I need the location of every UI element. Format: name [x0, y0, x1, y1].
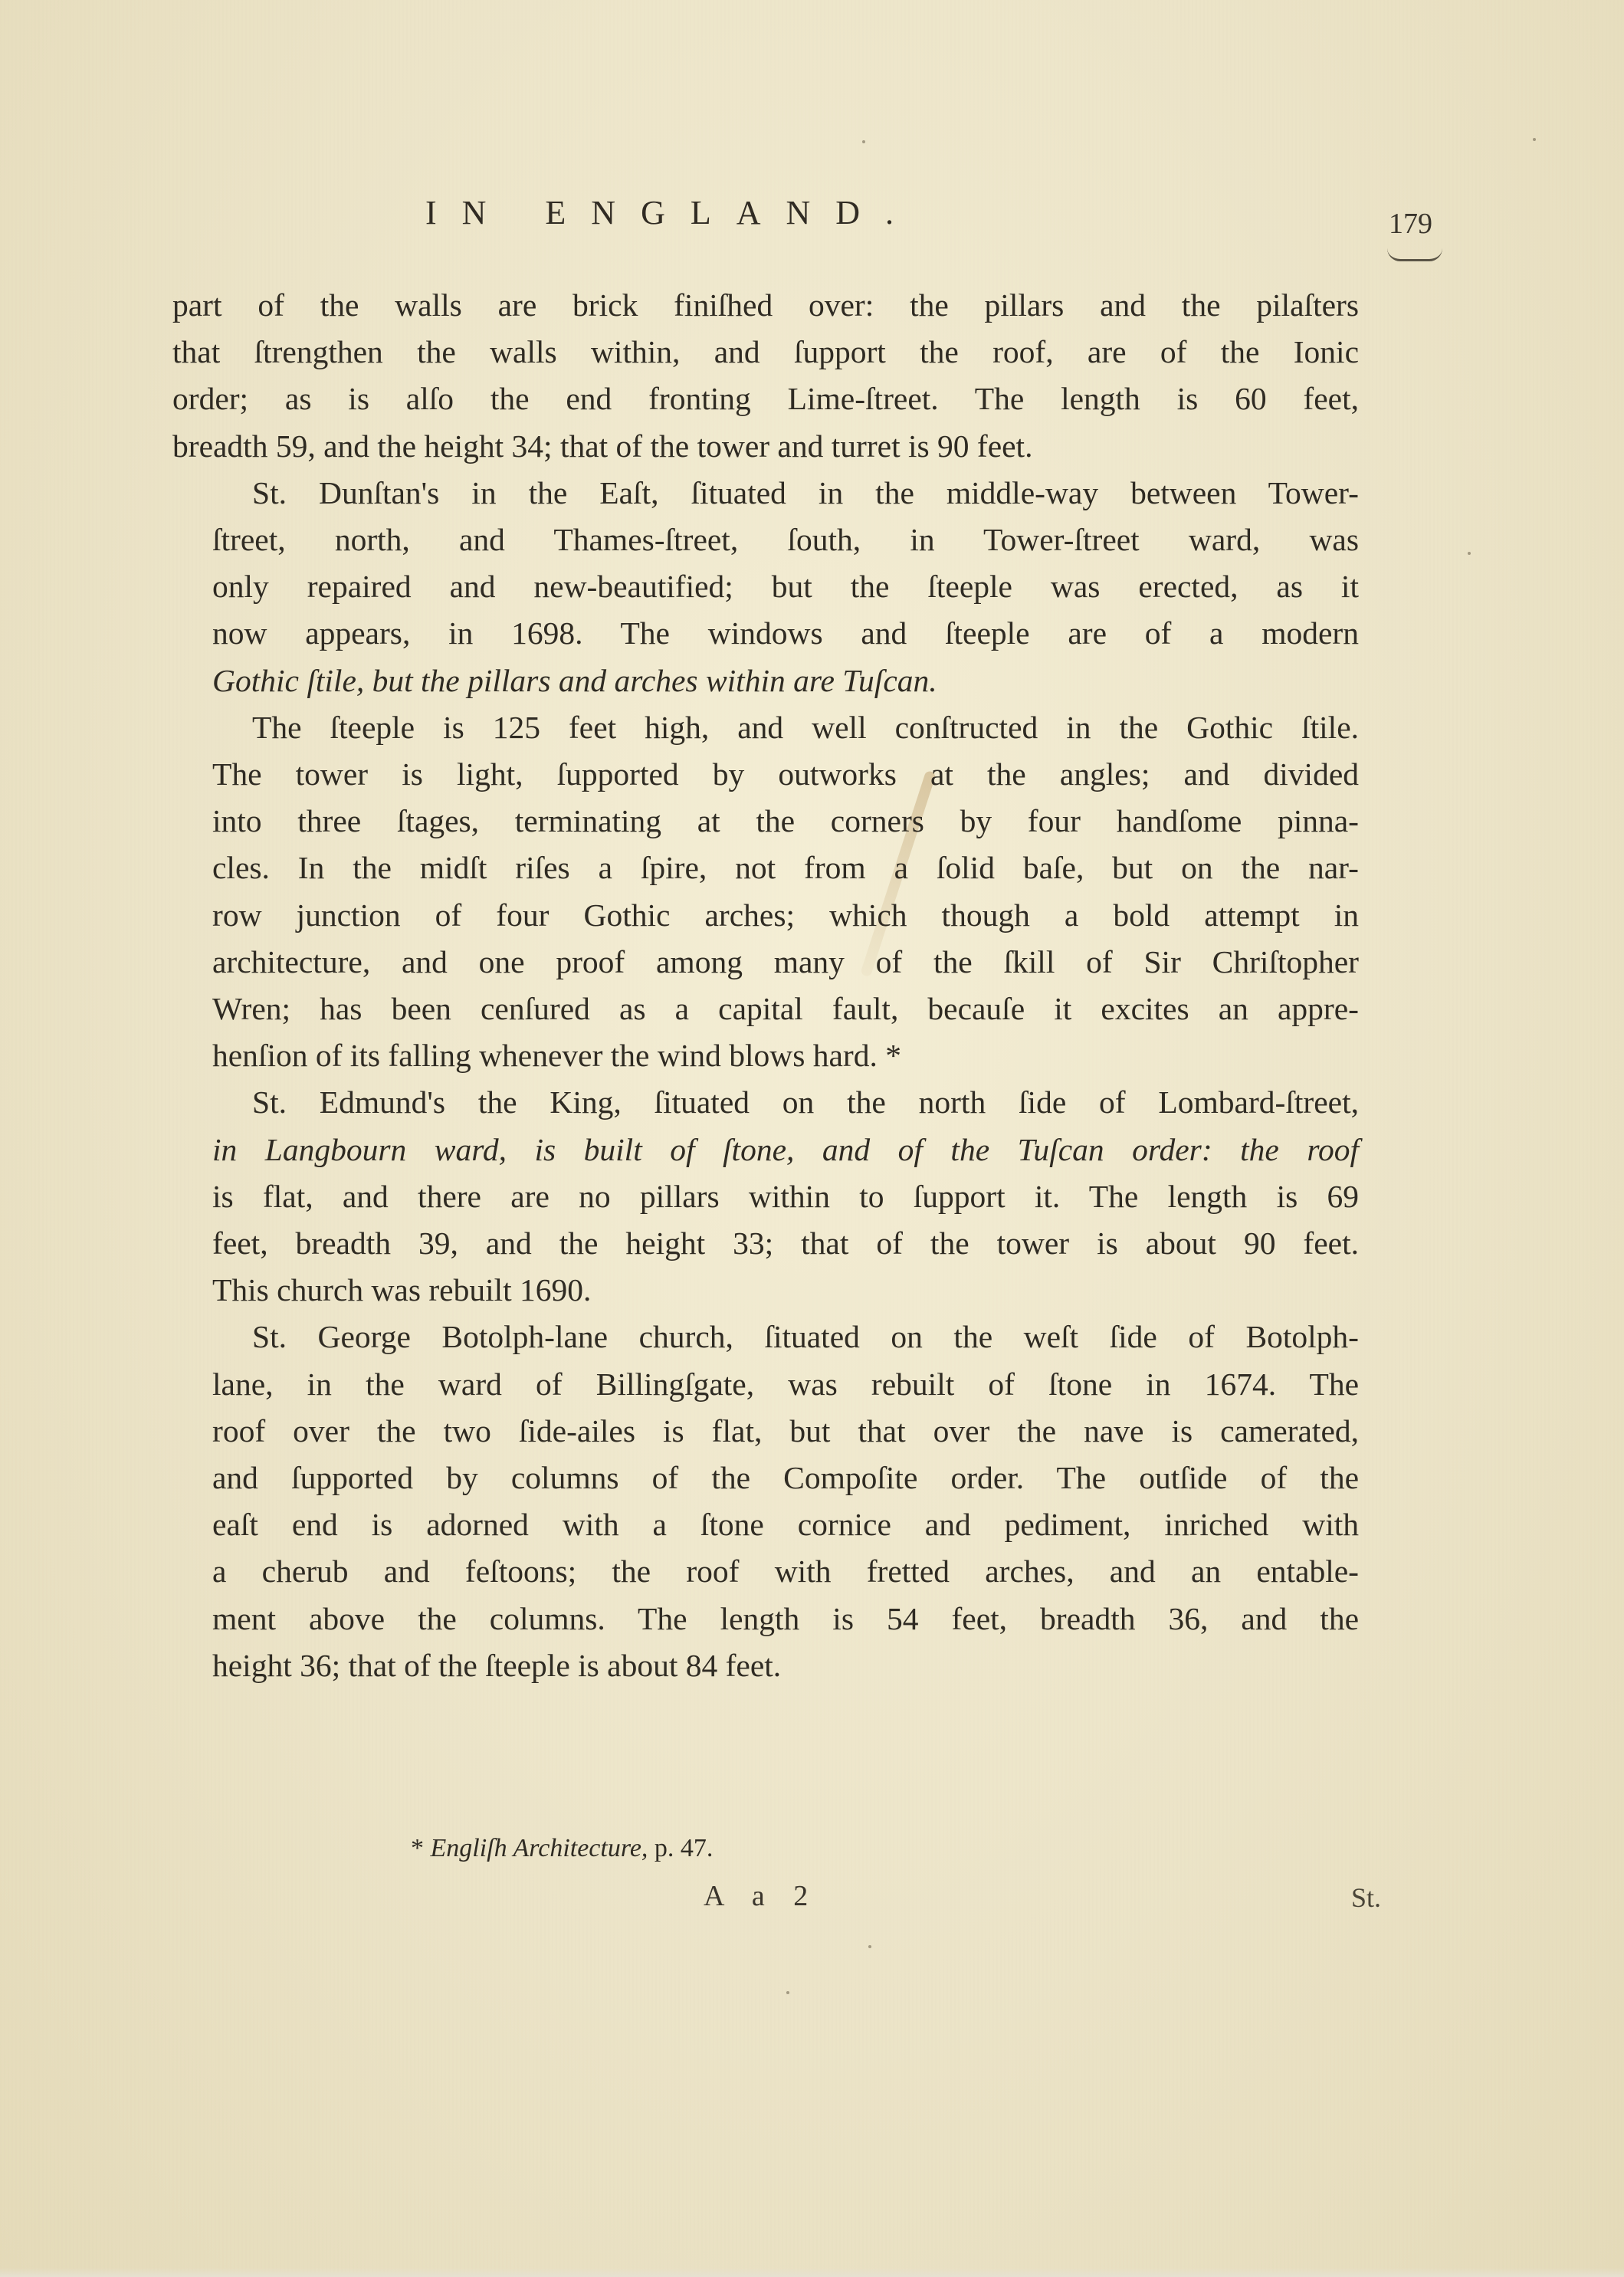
book-page: IN ENGLAND. 179 part of the walls are br… — [0, 0, 1624, 2277]
text-line: breadth 59, and the height 34; that of t… — [172, 423, 1359, 470]
paragraph-steeple: The ſteeple is 125 feet high, and well c… — [172, 704, 1359, 1080]
text-line: roof over the two ſide-ailes is flat, bu… — [172, 1408, 1359, 1455]
text-line: in Langbourn ward, is built of ſtone, an… — [172, 1127, 1359, 1173]
running-head: IN ENGLAND. — [425, 193, 919, 232]
paragraph-st-dunstans: St. Dunſtan's in the Eaſt, ſituated in t… — [172, 470, 1359, 704]
text-line: cles. In the midſt riſes a ſpire, not fr… — [172, 845, 1359, 891]
page-number-brace-ornament — [1387, 248, 1442, 261]
text-line: eaſt end is adorned with a ſtone cornice… — [172, 1501, 1359, 1548]
paper-speck — [1468, 552, 1471, 555]
text-line: St. Dunſtan's in the Eaſt, ſituated in t… — [172, 470, 1359, 517]
text-line: into three ſtages, terminating at the co… — [172, 798, 1359, 845]
text-line: row junction of four Gothic arches; whic… — [172, 892, 1359, 939]
text-line: Gothic ſtile, but the pillars and arches… — [172, 658, 1359, 704]
footnote-marker: * — [411, 1834, 424, 1862]
text-line: a cherub and feſtoons; the roof with fre… — [172, 1548, 1359, 1595]
footnote-page-ref: p. 47. — [655, 1834, 714, 1862]
text-line: The ſteeple is 125 feet high, and well c… — [172, 704, 1359, 751]
text-line: henſion of its falling whenever the wind… — [172, 1032, 1359, 1079]
paper-speck — [868, 1945, 871, 1948]
text-line: part of the walls are brick finiſhed ove… — [172, 282, 1359, 329]
text-line: Wren; has been cenſured as a capital fau… — [172, 986, 1359, 1032]
footnote-title: Engliſh Architecture, — [431, 1834, 648, 1862]
text-line: feet, breadth 39, and the height 33; tha… — [172, 1220, 1359, 1267]
footnote: * Engliſh Architecture, p. 47. — [411, 1834, 713, 1863]
signature-mark: A a 2 — [704, 1879, 819, 1913]
page-bottom-edge — [0, 2268, 1624, 2277]
page-number: 179 — [1389, 207, 1432, 241]
paper-speck — [786, 1991, 789, 1994]
text-line: The tower is light, ſupported by outwork… — [172, 751, 1359, 798]
text-line: architecture, and one proof among many o… — [172, 939, 1359, 986]
paragraph-st-edmunds: St. Edmund's the King, ſituated on the n… — [172, 1079, 1359, 1314]
body-text: part of the walls are brick finiſhed ove… — [172, 282, 1359, 1689]
text-line: ment above the columns. The length is 54… — [172, 1596, 1359, 1642]
paragraph-1: part of the walls are brick finiſhed ove… — [172, 282, 1359, 470]
text-line: height 36; that of the ſteeple is about … — [172, 1642, 1359, 1689]
text-line: St. Edmund's the King, ſituated on the n… — [172, 1079, 1359, 1126]
text-line: St. George Botolph-lane church, ſituated… — [172, 1314, 1359, 1360]
paragraph-st-george-botolph-lane: St. George Botolph-lane church, ſituated… — [172, 1314, 1359, 1689]
paper-speck — [1533, 138, 1536, 141]
paper-speck — [862, 140, 865, 143]
text-line: ſtreet, north, and Thames-ſtreet, ſouth,… — [172, 517, 1359, 563]
catchword: St. — [1351, 1882, 1381, 1914]
text-line: and ſupported by columns of the Compoſit… — [172, 1455, 1359, 1501]
text-line: only repaired and new-beautified; but th… — [172, 563, 1359, 610]
text-line: order; as is alſo the end fronting Lime-… — [172, 376, 1359, 422]
text-line: is flat, and there are no pillars within… — [172, 1173, 1359, 1220]
text-line: now appears, in 1698. The windows and ſt… — [172, 610, 1359, 657]
text-line: lane, in the ward of Billingſgate, was r… — [172, 1361, 1359, 1408]
text-line: that ſtrengthen the walls within, and ſu… — [172, 329, 1359, 376]
text-line: This church was rebuilt 1690. — [172, 1267, 1359, 1314]
